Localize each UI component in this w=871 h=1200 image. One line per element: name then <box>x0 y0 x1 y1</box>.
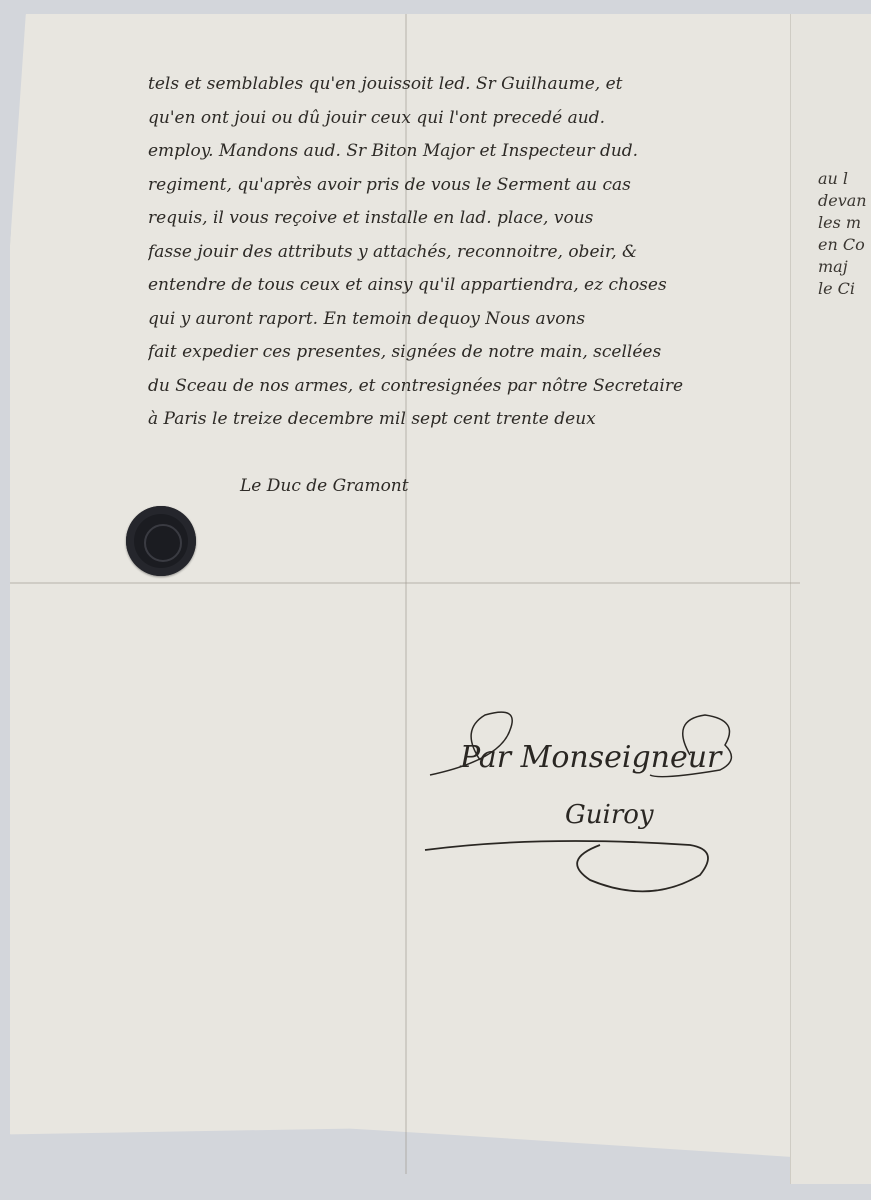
body-line: requis, il vous reçoive et installe en l… <box>148 202 788 236</box>
margin-note: le Ci <box>818 278 867 300</box>
countersignature-line2: Guiroy <box>565 800 654 830</box>
body-line: tels et semblables qu'en jouissoit led. … <box>148 68 788 102</box>
body-line: qui y auront raport. En temoin dequoy No… <box>148 303 788 337</box>
body-line: employ. Mandons aud. Sr Biton Major et I… <box>148 135 788 169</box>
margin-note: en Co <box>818 234 867 256</box>
margin-notes: au l devan les m en Co maj le Ci <box>818 168 867 300</box>
body-line: du Sceau de nos armes, et contresignées … <box>148 370 788 404</box>
margin-note: les m <box>818 212 867 234</box>
body-line: regiment, qu'après avoir pris de vous le… <box>148 169 788 203</box>
margin-note: au l <box>818 168 867 190</box>
body-line: fait expedier ces presentes, signées de … <box>148 336 788 370</box>
body-line: qu'en ont joui ou dû jouir ceux qui l'on… <box>148 102 788 136</box>
duke-signature: Le Duc de Gramont <box>240 476 409 496</box>
countersignature-line1: Par Monseigneur <box>460 740 721 775</box>
margin-note: maj <box>818 256 867 278</box>
horizontal-fold-line <box>10 582 800 584</box>
letter-body: tels et semblables qu'en jouissoit led. … <box>148 68 788 437</box>
margin-note: devan <box>818 190 867 212</box>
countersignature: Par Monseigneur Guiroy <box>420 700 760 910</box>
body-line: entendre de tous ceux et ainsy qu'il app… <box>148 269 788 303</box>
body-line: fasse jouir des attributs y attachés, re… <box>148 236 788 270</box>
wax-seal-icon <box>126 506 196 576</box>
body-line: à Paris le treize decembre mil sept cent… <box>148 403 788 437</box>
